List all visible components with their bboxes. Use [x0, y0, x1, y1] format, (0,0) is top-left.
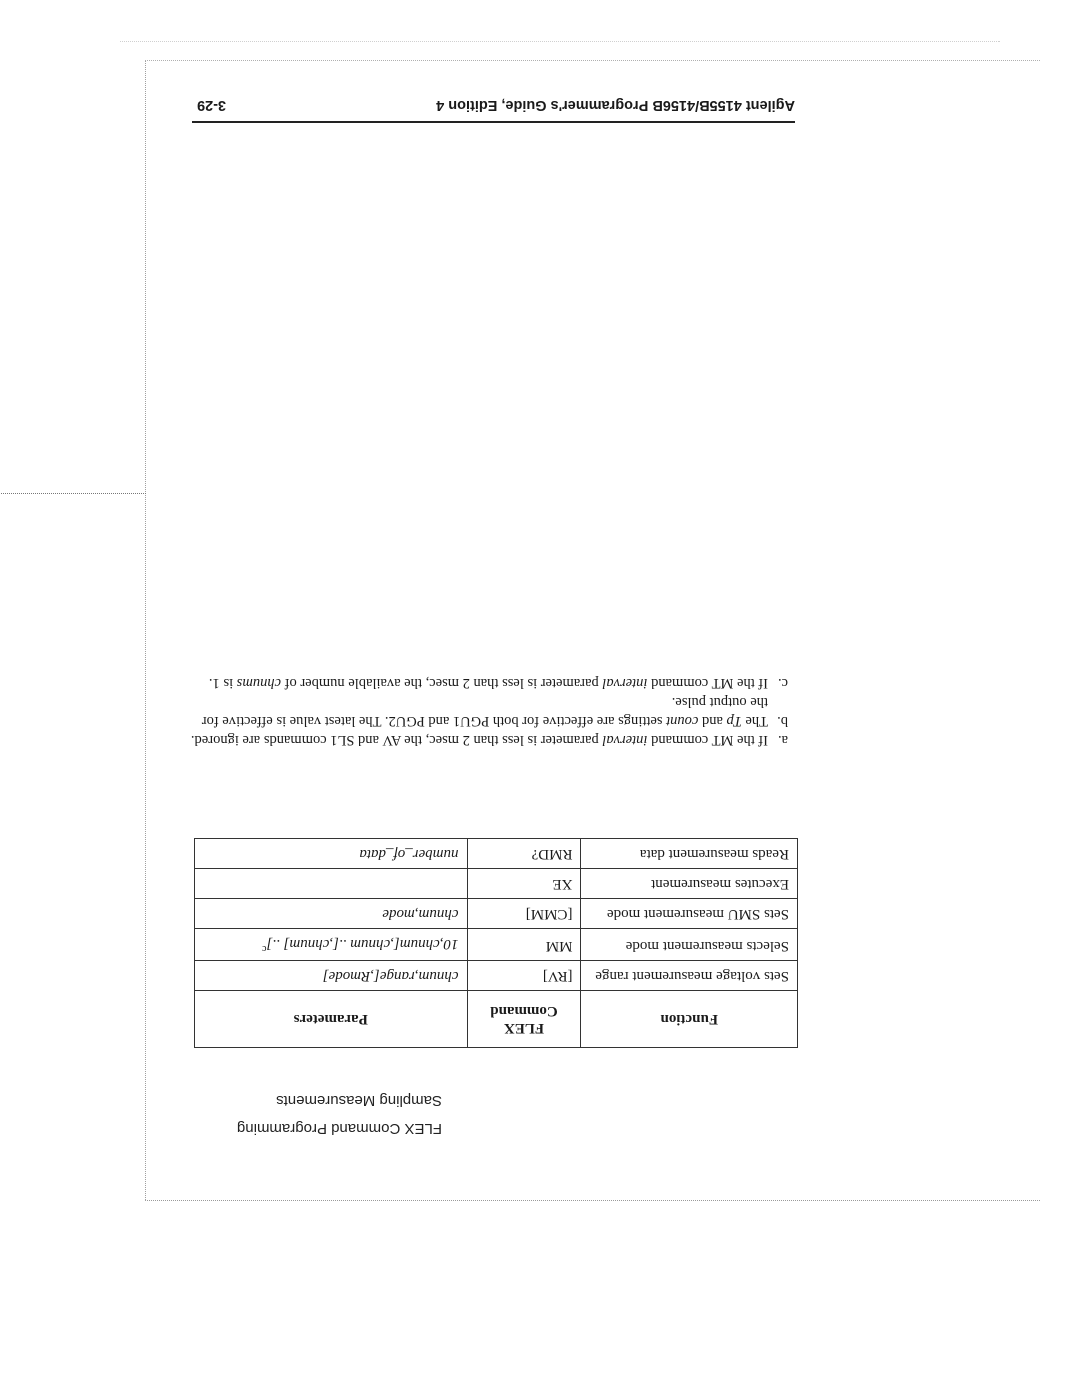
cell-command: MM — [467, 929, 581, 961]
cell-function: Executes measurement — [581, 869, 798, 899]
table-row: Sets voltage measurement range[RV]chnum,… — [195, 961, 798, 991]
footnote-text-run: and — [698, 713, 726, 729]
footnote: a.If the MT command interval parameter i… — [188, 730, 788, 749]
table-header-row: Function FLEX Command Parameters — [195, 991, 798, 1048]
header-function: Function — [581, 991, 798, 1048]
table-row: Sets SMU measurement mode[CMM]chnum,mode — [195, 899, 798, 929]
parameters-text: chnum,range[,Rmode] — [323, 968, 459, 984]
footnote-italic-term: chnums — [237, 675, 281, 691]
footer-rule — [192, 121, 795, 123]
footnote-marker: c — [262, 943, 266, 954]
table-row: Reads measurement dataRMD?number_of_data — [195, 839, 798, 869]
footnote-text-run: parameter is less than 2 msec, the AV an… — [191, 732, 602, 748]
table-footnotes: a.If the MT command interval parameter i… — [188, 673, 788, 749]
footer-page-number: 3-29 — [197, 97, 226, 113]
cell-command: [RV] — [467, 961, 581, 991]
section-tab-line — [0, 493, 146, 494]
scan-edge-right — [145, 61, 146, 1201]
cell-command: XE — [467, 869, 581, 899]
footnote-text-run: If the MT command — [647, 675, 768, 691]
table-row: Selects measurement modeMM10,chnum[,chnu… — [195, 929, 798, 961]
scan-edge-bottom — [145, 60, 1040, 61]
footnote-italic-term: count — [666, 713, 698, 729]
footnote-label: c. — [768, 673, 788, 692]
flex-command-table: Function FLEX Command Parameters Sets vo… — [194, 838, 798, 1048]
scan-edge-top — [145, 1200, 1040, 1201]
parameters-text: number_of_data — [359, 846, 458, 862]
footnote-label: b. — [768, 692, 788, 730]
cell-function: Reads measurement data — [581, 839, 798, 869]
cell-parameters: chnum,mode — [195, 899, 468, 929]
cell-command: [CMM] — [467, 899, 581, 929]
parameters-text: chnum,mode — [382, 906, 458, 922]
cell-function: Sets SMU measurement mode — [581, 899, 798, 929]
footnote-text: The Tp and count settings are effective … — [188, 692, 768, 730]
cell-command: RMD? — [467, 839, 581, 869]
footnote-italic-term: interval — [602, 675, 647, 691]
footnote-label: a. — [768, 730, 788, 749]
chapter-title: FLEX Command Programming — [237, 1120, 442, 1137]
parameters-text: 10,chnum[,chnum ..[,chnum] ..] — [266, 936, 458, 952]
cell-function: Sets voltage measurement range — [581, 961, 798, 991]
cell-function: Selects measurement mode — [581, 929, 798, 961]
document-page: FLEX Command Programming Sampling Measur… — [0, 0, 1080, 1399]
footer-book-title: Agilent 4155B/4156B Programmer's Guide, … — [436, 97, 795, 113]
footnote: b.The Tp and count settings are effectiv… — [188, 692, 788, 730]
cell-parameters — [195, 869, 468, 899]
table-row: Executes measurementXE — [195, 869, 798, 899]
scan-noise-line — [120, 41, 1000, 42]
cell-parameters: number_of_data — [195, 839, 468, 869]
footnote: c.If the MT command interval parameter i… — [188, 673, 788, 692]
table-body: Sets voltage measurement range[RV]chnum,… — [195, 839, 798, 991]
footnote-italic-term: interval — [602, 732, 647, 748]
footnote-text-run: The — [742, 713, 768, 729]
footnote-text-run: If the MT command — [647, 732, 768, 748]
footnote-italic-term: Tp — [727, 713, 742, 729]
header-parameters: Parameters — [195, 991, 468, 1048]
cell-parameters: chnum,range[,Rmode] — [195, 961, 468, 991]
footnote-text-run: parameter is less than 2 msec, the avail… — [281, 675, 602, 691]
cell-parameters: 10,chnum[,chnum ..[,chnum] ..]c — [195, 929, 468, 961]
footnote-text: If the MT command interval parameter is … — [191, 730, 768, 749]
footnote-text-run: is 1. — [209, 675, 237, 691]
header-flex-command: FLEX Command — [467, 991, 581, 1048]
footnote-text: If the MT command interval parameter is … — [209, 673, 768, 692]
subsection-title: Sampling Measurements — [276, 1092, 442, 1109]
